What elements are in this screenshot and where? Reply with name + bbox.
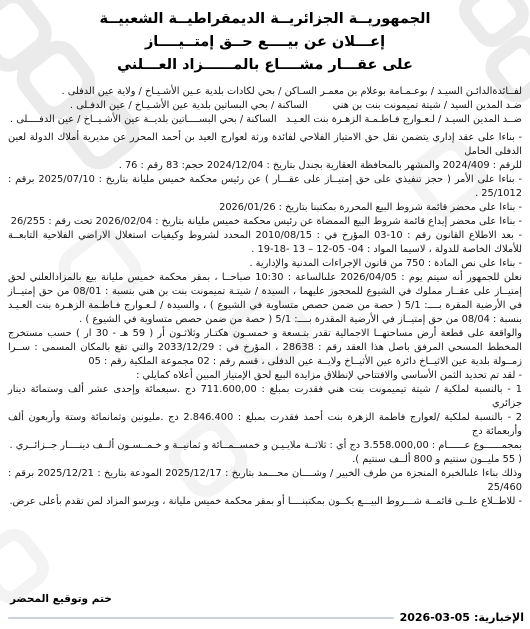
paragraph-debtor-1: ضـد المدين السيد / شيتة تميمونت بنت بن ه…	[8, 99, 522, 113]
document-title: الجمهوريــة الجزائريــة الديمقراطيــة ال…	[8, 8, 522, 77]
paragraph-seizure-order: - بناءا على الأمر ( حجز تنفيذي على حق إم…	[8, 173, 522, 201]
paragraph-price-intro: - لقد تم تحديد الثمن الأساسي والافتتاحي …	[8, 369, 522, 383]
paragraph-total-centimes: ( 55 مليــون سنتيم و 800 ألــف سنتيم ).	[8, 453, 522, 467]
paragraph-law-reference: - بعد الاطلاع القانون رقم : 10-03 المؤرخ…	[8, 229, 522, 257]
title-line-republic: الجمهوريــة الجزائريــة الديمقراطيــة ال…	[8, 8, 522, 31]
paragraph-auction-announcement: نعلن للجمهور أنه سيتم يوم : 2026/04/05 ع…	[8, 271, 522, 327]
footer-source-label: الإخبارية:	[474, 611, 524, 624]
paragraph-admin-deed: - بناءا على عقد إداري يتضمن نقل حق الامت…	[8, 131, 522, 159]
footer-bar: الإخبارية: 2026-03-05	[0, 611, 530, 624]
paragraph-land-description: والواقعة على قطعة أرض مساحتهــا الاجمالي…	[8, 327, 522, 369]
paragraph-expertise: وذلك بناءا علىالخبرة المنجزة من طرف الخب…	[8, 467, 522, 495]
paragraph-price-owner-2: 2 - بالنسبة لملكية /لعوارج فاطمة الزهرة …	[8, 411, 522, 439]
paragraph-article-750: - بناءا على نص المادة : 750 من قانون الإ…	[8, 257, 522, 271]
stamp-signature-note: ختم وتوقيع المحضر	[10, 593, 112, 605]
title-line-announcement: إعـــلان عن بيــــع حــق إمتــيــــاز	[8, 31, 522, 54]
paragraph-creditor: لفــائدةالدائـن السيـد / بوعـمـامة بوعلا…	[8, 85, 522, 99]
title-line-auction: على عقـــار مشــــاع بالمــــــزاد العــ…	[8, 54, 522, 77]
footer-date: 2026-03-05	[400, 611, 470, 624]
paragraph-price-owner-1: 1 - بالنسبة لملكية / شيتة تيميمونت بنت ه…	[8, 383, 522, 411]
paragraph-deposit-record: - بناءا على محضر إيداع قائمة شروط البيع …	[8, 215, 522, 229]
document-page: الجمهوريــة الجزائريــة الديمقراطيــة ال…	[0, 0, 530, 509]
paragraph-consultation-note: - للاطــلاع علــى قائمــة شـــروط البيــ…	[8, 495, 522, 509]
document-body: لفــائدةالدائـن السيـد / بوعـمـامة بوعلا…	[8, 85, 522, 509]
paragraph-registration: للرقم : 2024/409 والمشهر بالمحافظة العقا…	[8, 159, 522, 173]
footer-divider	[8, 617, 394, 619]
paragraph-total-amount: بمجمــــــوع عــــــام : 3.558.000,00 دج…	[8, 439, 522, 453]
paragraph-debtor-2: ضــد المدين السيـد / لـعـوارج فـاطـمـة ا…	[8, 113, 522, 127]
paragraph-sale-conditions: - بناءا على محضر قائمة شروط البيع المحرر…	[8, 201, 522, 215]
